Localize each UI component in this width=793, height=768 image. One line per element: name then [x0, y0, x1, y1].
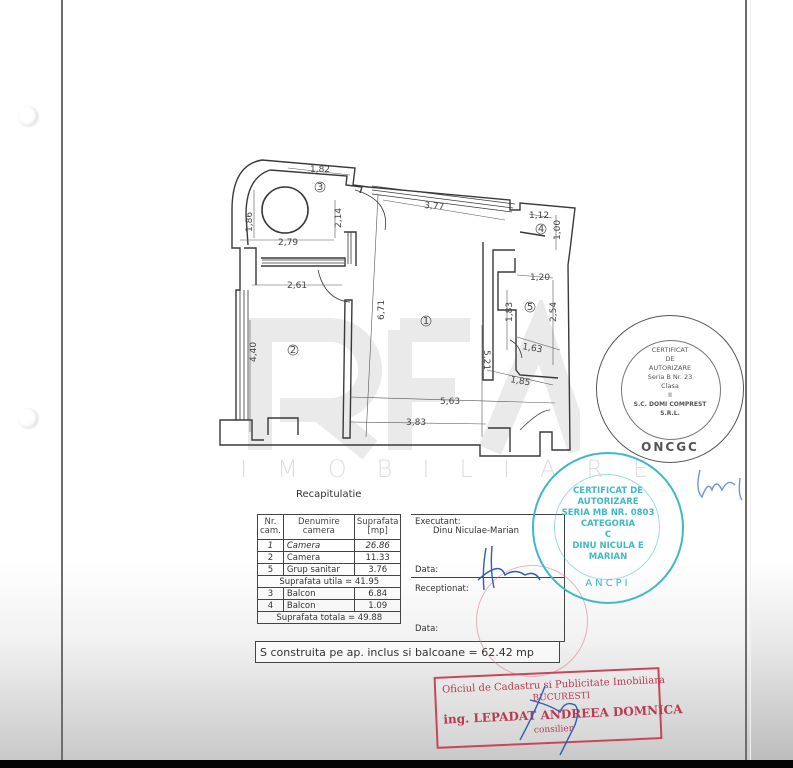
signature-executant: [478, 546, 540, 590]
signature-right: [698, 470, 742, 500]
signature-ocpi: [520, 686, 578, 755]
signatures: [0, 0, 793, 768]
screen-bottom-bar: [0, 760, 793, 768]
